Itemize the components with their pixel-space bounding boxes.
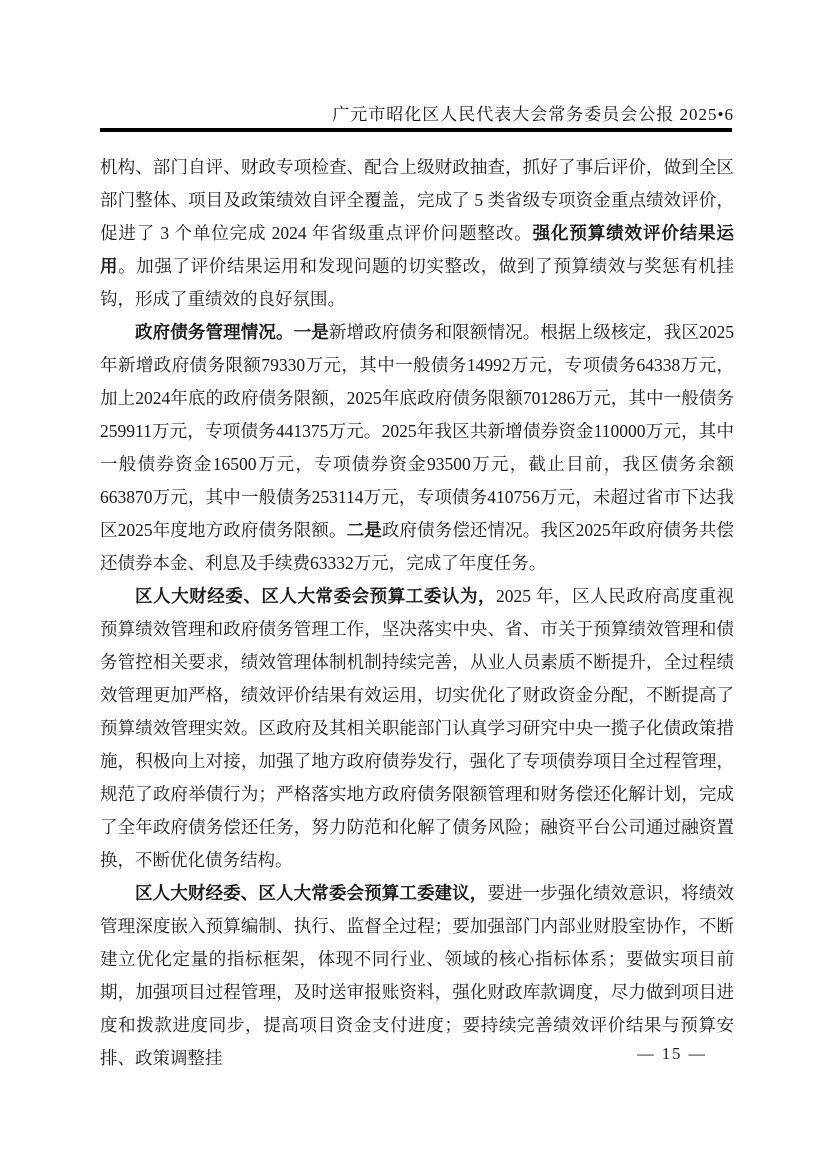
emphasis-text-run: 区人大财经委、区人大常委会预算工委认为， xyxy=(135,586,496,606)
text-run: 要进一步强化绩效意识，将绩效管理深度嵌入预算编制、执行、监督全过程；要加强部门内… xyxy=(100,883,734,1068)
paragraph: 机构、部门自评、财政专项检查、配合上级财政抽查，抓好了事后评价，做到全区部门整体… xyxy=(100,151,734,316)
text-run: 2025 年，区人民政府高度重视预算绩效管理和政府债务管理工作，坚决落实中央、省… xyxy=(100,586,734,870)
document-page: 广元市昭化区人民代表大会常务委员会公报 2025•6 机构、部门自评、财政专项检… xyxy=(0,0,827,1170)
text-run: 新增政府债务和限额情况。根据上级核定，我区2025年新增政府债务限额79330万… xyxy=(100,322,734,540)
emphasis-text-run: 政府债务管理情况。一是 xyxy=(135,322,329,342)
emphasis-text-run: 区人大财经委、区人大常委会预算工委建议， xyxy=(135,883,487,903)
page-number: — 15 — xyxy=(100,1044,734,1064)
paragraph: 区人大财经委、区人大常委会预算工委认为，2025 年，区人民政府高度重视预算绩效… xyxy=(100,580,734,877)
header-rule xyxy=(100,128,732,132)
emphasis-text-run: 二是 xyxy=(347,520,382,540)
document-body: 机构、部门自评、财政专项检查、配合上级财政抽查，抓好了事后评价，做到全区部门整体… xyxy=(100,151,734,1075)
paragraph: 政府债务管理情况。一是新增政府债务和限额情况。根据上级核定，我区2025年新增政… xyxy=(100,316,734,580)
text-run: 。加强了评价结果运用和发现问题的切实整改，做到了预算绩效与奖惩有机挂钩，形成了重… xyxy=(100,256,734,309)
bulletin-header-title: 广元市昭化区人民代表大会常务委员会公报 2025•6 xyxy=(100,100,734,125)
